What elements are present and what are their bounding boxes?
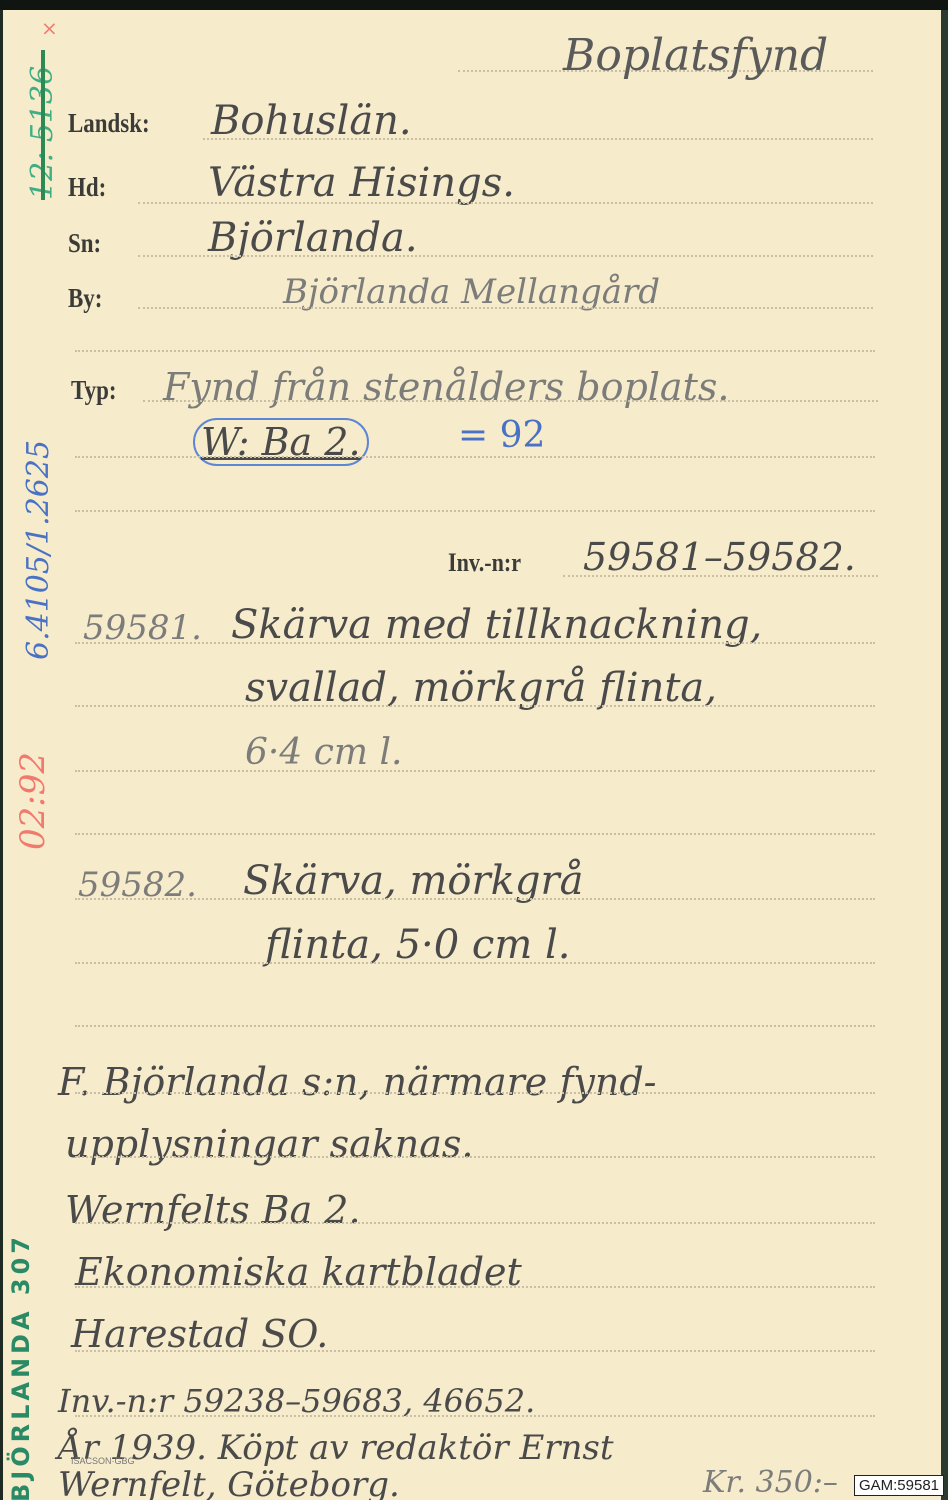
ruled-line [75,510,875,512]
note-line: Wernfelt, Göteborg. [58,1465,400,1500]
item-line: 6·4 cm l. [245,732,402,773]
field-label-typ: Typ: [71,375,116,406]
ruled-line [75,962,875,964]
field-value-hd: Västra Hisings. [208,160,515,206]
ruled-line [75,1286,875,1288]
catalog-card: × 12: 5136 6.4105/1.2625 02:92 BJÖRLANDA… [3,10,941,1500]
margin-blue-number: 6.4105/1.2625 [21,440,56,660]
scan-right-border [941,10,948,1500]
field-label-by: By: [68,283,102,314]
note-line: F. Björlanda s:n, närmare fynd- [58,1060,657,1104]
typ-ref-note: = 92 [458,415,545,456]
wernfelt-ref: Wernfelts Ba 2. [65,1188,361,1232]
card-category: Boplatsfynd [563,30,828,81]
ruled-line [138,202,873,204]
ruled-line [75,642,875,644]
catalog-id-label: GAM:59581 [854,1475,944,1496]
field-value-by: Björlanda Mellangård [283,272,660,312]
ruled-line [75,1092,875,1094]
ruled-line [75,1025,875,1027]
inv-value: 59581–59582. [583,535,856,579]
field-label-hd: Hd: [68,172,106,203]
ruled-line [75,350,875,352]
ruled-line [75,456,875,458]
note-line: År 1939. Köpt av redaktör Ernst [58,1428,614,1468]
ruled-line [75,770,875,772]
field-label-sn: Sn: [68,228,101,259]
ruled-line [75,1415,875,1417]
scan-top-border [0,0,948,10]
ruled-line [75,833,875,835]
ruled-line [75,1350,875,1352]
margin-x-mark: × [41,16,58,40]
field-value-typ: Fynd från stenålders boplats. [163,365,729,409]
ruled-line [75,1222,875,1224]
ruled-line [75,705,875,707]
printer-mark: ISACSON·GBG [71,1456,135,1466]
locality-stamp: BJÖRLANDA 307 [7,1233,35,1500]
note-line: Wernfelts Ba 2. [65,1188,361,1232]
ruled-line [75,898,875,900]
ruled-line [203,138,873,140]
field-label-landsk: Landsk: [68,108,150,139]
ruled-line [143,400,878,402]
strike-line [41,50,45,200]
margin-red-number: 02:92 [13,752,53,850]
ruled-line [75,1156,875,1158]
note-line: upplysningar saknas. [65,1122,473,1166]
inv-label: Inv.-n:r [448,548,521,578]
price: Kr. 350:– [703,1465,838,1500]
ruled-line [138,255,873,257]
ruled-line [138,307,873,309]
ruled-line [563,575,878,577]
